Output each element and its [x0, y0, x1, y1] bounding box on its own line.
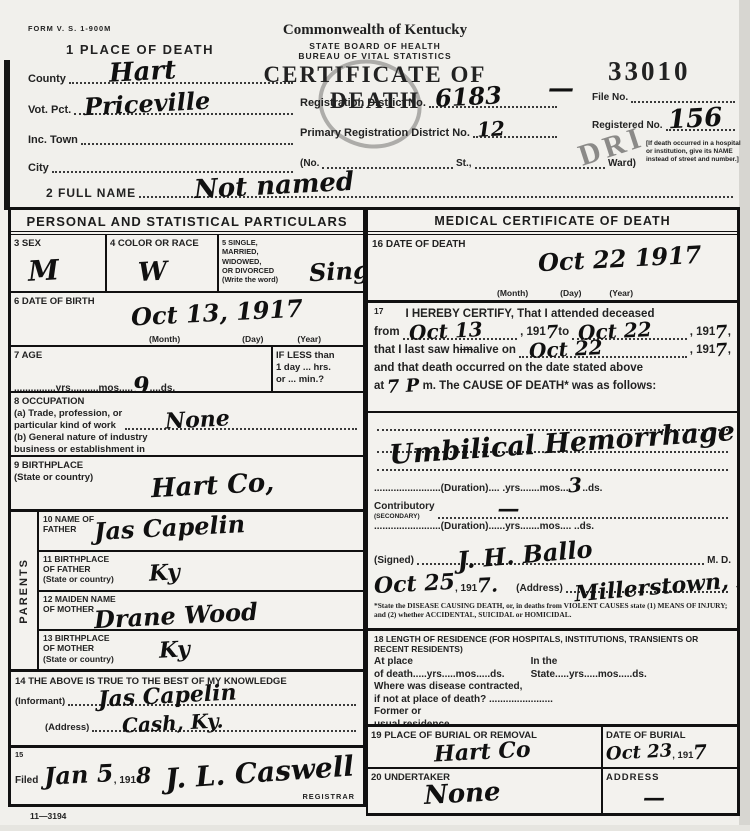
burial-year-value: 7 — [693, 742, 708, 763]
sign-address-line: Millerstown, Ky — [566, 591, 728, 593]
duration1-prefix: ........................(Duration).... .… — [374, 483, 568, 496]
mother-birthplace-row: 13 BIRTHPLACE OF MOTHER (State or countr… — [39, 631, 363, 669]
certificate-body: PERSONAL AND STATISTICAL PARTICULARS 3 S… — [8, 207, 740, 816]
informant-value: Jas Capelin — [98, 681, 238, 710]
occurred-line: and that death occurred on the date stat… — [374, 360, 731, 378]
dob-month-label: (Month) — [149, 334, 180, 344]
reg-district-label: Registration District No. — [300, 96, 426, 110]
undertaker-cell: 20 UNDERTAKER None — [368, 769, 603, 813]
commonwealth-title: Commonwealth of Kentucky — [245, 22, 505, 39]
contributory-label: Contributory — [374, 501, 435, 514]
sex-label: 3 SEX — [14, 238, 102, 250]
registrar-label: REGISTRAR — [302, 792, 355, 801]
inc-town-row: Inc. Town — [28, 133, 296, 147]
burial-date-cell: DATE OF BURIAL Oct 23 , 191 7 — [603, 727, 737, 767]
county-value: Hart — [108, 58, 176, 87]
county-line: Hart — [69, 82, 293, 84]
age-units-suffix: ....ds. — [150, 383, 176, 393]
burial-place-value: Hart Co — [433, 738, 531, 765]
cause-intro-line: at 7 P m. The CAUSE OF DEATH* was as fol… — [374, 378, 731, 396]
contributory-value: — — [498, 498, 520, 520]
disease-contracted: Where was disease contracted, if not at … — [374, 681, 731, 706]
burial-date-value: Oct 23 — [606, 742, 673, 763]
undertaker-row: 20 UNDERTAKER None ADDRESS — — [368, 769, 737, 813]
undertaker-address-value: — — [643, 787, 665, 809]
vot-pct-row: Vot. Pct. Priceville — [28, 103, 296, 117]
sign-date-value: Oct 25 — [373, 571, 455, 597]
dod-day-label: (Day) — [560, 288, 581, 298]
certify-number: 17 — [374, 306, 383, 316]
primary-district-line: 12 — [473, 136, 557, 138]
sex-value: M — [27, 254, 102, 286]
duration1-suffix: ..ds. — [582, 483, 602, 496]
primary-district-row: Primary Registration District No. 12 — [300, 126, 560, 140]
dob-day-label: (Day) — [242, 334, 263, 344]
saw-prefix: that I last saw h — [374, 342, 460, 360]
marital-cell: 5 SINGLE, MARRIED, WIDOWED, OR DIVORCED … — [219, 235, 363, 291]
vot-pct-label: Vot. Pct. — [28, 103, 71, 117]
reg-district-value: 6183 — [434, 84, 502, 111]
informant-label: (Informant) — [15, 696, 65, 708]
dod-sublabels: (Month) (Day) (Year) — [372, 288, 733, 298]
race-value: W — [137, 256, 214, 286]
certify-saw-line: that I last saw him alive on Oct 22 , 19… — [374, 342, 731, 360]
hospital-note: [If death occurred in a hospital or inst… — [646, 140, 742, 163]
from-label: from — [374, 324, 400, 342]
reg-district-row: Registration District No. 6183 — [300, 96, 560, 110]
filed-year-printed: , 191 — [114, 775, 136, 788]
sign-year-printed: , 191 — [455, 583, 477, 596]
sign-year-value: 7. — [477, 574, 499, 595]
race-label: 4 COLOR OR RACE — [110, 238, 214, 250]
personal-section-title: PERSONAL AND STATISTICAL PARTICULARS — [11, 210, 363, 235]
mother-name-row: 12 MAIDEN NAME OF MOTHER Drane Wood — [39, 592, 363, 632]
secondary-label: (SECONDARY) — [374, 513, 435, 521]
dob-sublabels: (Month) (Day) (Year) — [14, 334, 360, 344]
informant-address-value: Cash, Ky. — [122, 710, 224, 735]
occupation-b-label: (b) General nature of industry business … — [14, 432, 151, 457]
cause-line-2: Umbilical Hemorrhage — [377, 451, 728, 453]
sign-address-label: (Address) — [516, 583, 563, 596]
informant-block: 14 THE ABOVE IS TRUE TO THE BEST OF MY K… — [11, 672, 363, 748]
race-cell: 4 COLOR OR RACE W — [107, 235, 219, 291]
county-label: County — [28, 72, 66, 86]
cause-block: Umbilical Hemorrhage ...................… — [368, 413, 737, 631]
certify-block: 17 I HEREBY CERTIFY, That I attended dec… — [368, 303, 737, 413]
father-birthplace-label: 11 BIRTHPLACE OF FATHER (State or countr… — [43, 554, 359, 585]
death-certificate-scan: FORM V. S. 1-900M 1 PLACE OF DEATH Commo… — [0, 0, 750, 831]
burial-row: 19 PLACE OF BURIAL OR REMOVAL Hart Co DA… — [368, 727, 737, 769]
registrar-signature: J. L. Caswell — [165, 753, 356, 794]
age-less-note: IF LESS than 1 day ... hrs. or ... min.? — [271, 347, 363, 391]
sign-address-value: Millerstown, Ky — [573, 567, 737, 606]
signed-line: J. H. Ballo — [417, 563, 704, 565]
age-label: 7 AGE — [14, 350, 268, 362]
from-line: Oct 13 — [403, 338, 518, 340]
duration1-value: 3 — [568, 475, 583, 496]
form-code: 11—3194 — [30, 811, 66, 821]
inc-town-label: Inc. Town — [28, 133, 78, 147]
signed-row: (Signed) J. H. Ballo M. D. — [374, 541, 731, 567]
medical-section-title: MEDICAL CERTIFICATE OF DEATH — [368, 210, 737, 235]
birthplace-value: Hart Co, — [150, 470, 274, 502]
dob-year-label: (Year) — [297, 334, 321, 344]
filed-block: 15 Filed Jan 5 , 191 8 J. L. Caswell REG… — [11, 748, 363, 804]
saw-line: Oct 22 — [519, 356, 687, 358]
father-birthplace-value: Ky — [148, 561, 180, 585]
file-no-label: File No. — [592, 92, 628, 105]
dod-month-label: (Month) — [497, 288, 528, 298]
contributory-row: Contributory (SECONDARY) — — [374, 495, 731, 521]
informant-address-line: Cash, Ky. — [92, 730, 356, 732]
md-label: M. D. — [707, 555, 731, 568]
contributory-line: — — [438, 517, 728, 519]
filed-label: Filed — [15, 775, 38, 788]
medical-certificate-column: MEDICAL CERTIFICATE OF DEATH 16 DATE OF … — [366, 207, 740, 816]
saw-struck-word: im — [460, 342, 473, 360]
undertaker-value: None — [423, 779, 501, 809]
filed-year-value: 8 — [135, 765, 151, 788]
age-units-prefix: ...............yrs..........mos..... — [14, 383, 133, 393]
full-name-label: 2 FULL NAME — [46, 186, 136, 200]
filed-date-value: Jan 5 — [44, 761, 115, 789]
to-year-printed: , 191 — [690, 324, 716, 342]
saw-year-printed: , 191 — [690, 342, 716, 360]
birthplace-row: 9 BIRTHPLACE (State or country) Hart Co, — [11, 457, 363, 512]
duration-primary-row: ........................(Duration).... .… — [374, 473, 731, 495]
undertaker-address-cell: ADDRESS — — [603, 769, 737, 813]
registered-no-value: 156 — [667, 104, 723, 133]
at-time-value: 7 P — [387, 377, 420, 397]
date-of-death-value: Oct 22 1917 — [537, 243, 702, 276]
saw-value: Oct 22 — [528, 337, 603, 361]
sign-date-address-row: Oct 25 , 191 7. (Address) Millerstown, K… — [374, 567, 731, 595]
primary-district-label: Primary Registration District No. — [300, 126, 470, 140]
full-name-row: 2 FULL NAME Not named — [46, 186, 736, 200]
state-board-line: STATE BOARD OF HEALTH — [245, 41, 505, 51]
parents-side-cell: PARENTS — [11, 512, 39, 669]
mother-birthplace-value: Ky — [158, 638, 190, 662]
residence-block: 18 LENGTH OF RESIDENCE (FOR HOSPITALS, I… — [368, 631, 737, 727]
occupation-label: 8 OCCUPATION — [14, 396, 360, 408]
inc-town-line — [81, 143, 293, 145]
vot-pct-value: Priceville — [84, 89, 211, 120]
date-of-death-row: 16 DATE OF DEATH Oct 22 1917 (Month) (Da… — [368, 235, 737, 303]
signed-label: (Signed) — [374, 555, 414, 568]
certificate-number: 33010 — [608, 56, 691, 87]
age-cell: 7 AGE ...............yrs..........mos...… — [11, 347, 271, 391]
county-row: County Hart — [28, 72, 296, 86]
full-name-value: Not named — [194, 169, 355, 203]
scan-edge-bottom — [0, 825, 750, 831]
place-of-death-label: 1 PLACE OF DEATH — [66, 42, 214, 57]
former-residence: Former or usual residence ..............… — [374, 706, 731, 727]
primary-district-value: 12 — [476, 119, 505, 140]
personal-particulars-column: PERSONAL AND STATISTICAL PARTICULARS 3 S… — [8, 207, 366, 807]
occupation-a-value: None — [165, 407, 231, 432]
father-name-value: Jas Capelin — [93, 512, 245, 544]
at-label: at — [374, 378, 384, 396]
in-the-state: In the State.....yrs.....mos.....ds. — [531, 656, 647, 681]
dob-row: 6 DATE OF BIRTH Oct 13, 1917 (Month) (Da… — [11, 293, 363, 347]
from-value: Oct 13 — [408, 319, 483, 343]
disease-footnote: *State the DISEASE CAUSING DEATH, or, in… — [374, 601, 731, 620]
at-place-of-death: At place of death.....yrs.....mos.....ds… — [374, 656, 505, 681]
parents-label: PARENTS — [18, 558, 30, 624]
sex-race-marital-row: 3 SEX M 4 COLOR OR RACE W 5 SINGLE, MARR… — [11, 235, 363, 293]
saw-year-value: 7 — [715, 341, 728, 360]
undertaker-address-label: ADDRESS — [606, 772, 734, 784]
occupation-a-line: None — [125, 428, 357, 430]
scan-artifact-bar — [4, 60, 10, 210]
residence-title: 18 LENGTH OF RESIDENCE (FOR HOSPITALS, I… — [374, 634, 731, 654]
informant-line: Jas Capelin — [68, 704, 356, 706]
dod-year-label: (Year) — [609, 288, 633, 298]
city-label: City — [28, 161, 49, 175]
form-number: FORM V. S. 1-900M — [28, 24, 111, 33]
at-suffix: m. The CAUSE OF DEATH* was as follows: — [423, 378, 657, 396]
age-value: 9 — [132, 373, 150, 393]
occupation-row: 8 OCCUPATION (a) Trade, profession, or p… — [11, 393, 363, 457]
st-label: St., — [456, 158, 472, 171]
marital-value: Single — [308, 257, 363, 285]
scan-edge-right — [739, 0, 750, 831]
parents-rows: 10 NAME OF FATHER Jas Capelin 11 BIRTHPL… — [39, 512, 363, 669]
sex-cell: 3 SEX M — [11, 235, 107, 291]
full-name-line: Not named — [139, 196, 733, 198]
vot-pct-line: Priceville — [74, 113, 293, 115]
dob-value: Oct 13, 1917 — [130, 297, 303, 330]
mother-name-value: Drane Wood — [93, 599, 258, 631]
burial-year-printed: , 191 — [672, 750, 693, 762]
registered-no-line: 156 — [666, 129, 735, 131]
occupation-a-label: (a) Trade, profession, or particular kin… — [14, 408, 122, 432]
burial-place-cell: 19 PLACE OF BURIAL OR REMOVAL Hart Co — [368, 727, 603, 767]
parents-block: PARENTS 10 NAME OF FATHER Jas Capelin 11… — [11, 512, 363, 672]
reg-district-line: 6183 — [429, 106, 557, 108]
informant-address-label: (Address) — [45, 722, 89, 734]
cause-line-3 — [377, 469, 728, 471]
mother-birthplace-label: 13 BIRTHPLACE OF MOTHER (State or countr… — [43, 633, 359, 664]
father-birthplace-row: 11 BIRTHPLACE OF FATHER (State or countr… — [39, 552, 363, 592]
saw-suffix: alive on — [473, 342, 516, 360]
age-row: 7 AGE ...............yrs..........mos...… — [11, 347, 363, 393]
father-name-row: 10 NAME OF FATHER Jas Capelin — [39, 512, 363, 552]
